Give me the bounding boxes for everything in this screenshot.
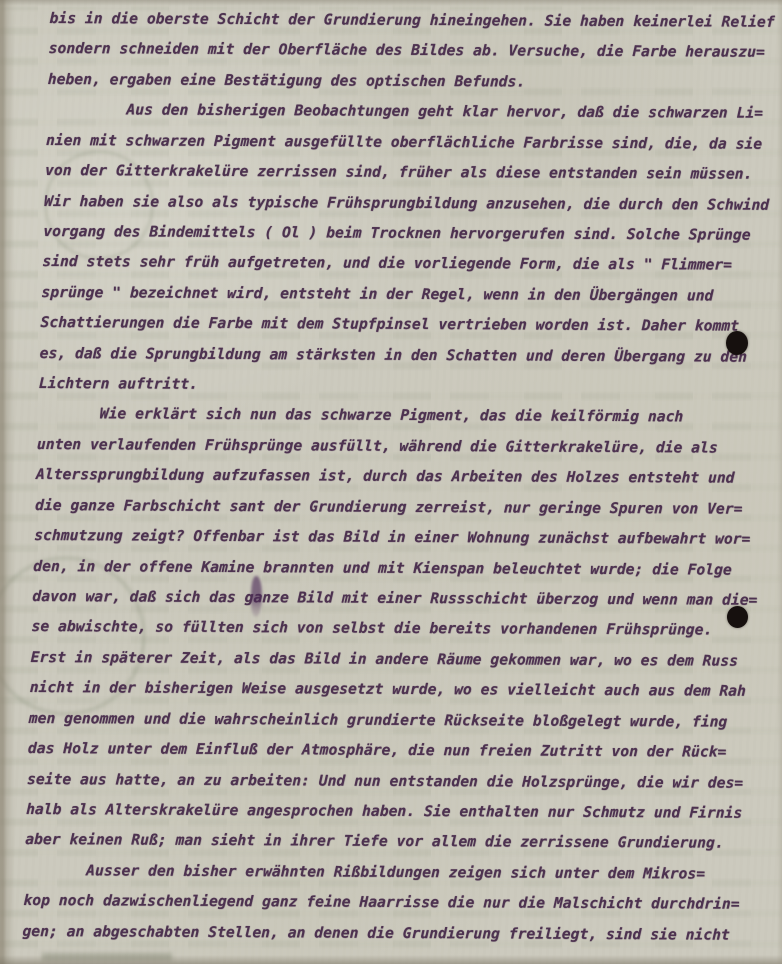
text-line: Wir haben sie also als typische Frühspru… [44, 187, 782, 221]
text-line: schmutzung zeigt? Offenbar ist das Bild … [34, 521, 782, 555]
text-line: sondern schneiden mit der Oberfläche des… [48, 34, 782, 68]
typewritten-text-block: bis in die oberste Schicht der Grundieru… [22, 4, 782, 951]
text-line: davon war, daß sich das ganze Bild mit e… [32, 582, 782, 616]
text-line: nicht in der bisherigen Weise ausgesetzt… [29, 673, 782, 707]
text-line: bis in die oberste Schicht der Grundieru… [49, 4, 782, 38]
text-line: seite aus hatte, an zu arbeiten: Und nun… [27, 765, 782, 799]
text-line: Erst in späterer Zeit, als das Bild in a… [30, 643, 782, 677]
text-line: gen; an abgeschabten Stellen, an denen d… [22, 917, 782, 951]
text-line: das Holz unter dem Einfluß der Atmosphär… [27, 734, 782, 768]
text-line: men genommen und die wahrscheinlich grun… [28, 704, 782, 738]
text-line: sind stets sehr früh aufgetreten, und di… [42, 247, 782, 281]
text-line: die ganze Farbschicht sant der Grundieru… [35, 491, 782, 525]
text-line: von der Gitterkrakelüre zerrissen sind, … [45, 156, 782, 190]
text-line: heben, ergaben eine Bestätigung des opti… [47, 65, 782, 99]
text-line: Wie erklärt sich nun das schwarze Pigmen… [37, 399, 782, 433]
text-line: sprünge " bezeichnet wird, entsteht in d… [41, 278, 782, 312]
punch-hole-bottom [727, 606, 748, 628]
text-line: kop noch dazwischenliegend ganz feine Ha… [23, 886, 782, 920]
text-line: vorgang des Bindemittels ( Ol ) beim Tro… [43, 217, 782, 251]
text-line: halb als Alterskrakelüre angesprochen ha… [26, 795, 782, 829]
text-line: se abwischte, so füllten sich von selbst… [31, 612, 782, 646]
text-line: nien mit schwarzen Pigment ausgefüllte o… [45, 126, 782, 160]
text-line: es, daß die Sprungbildung am stärksten i… [39, 339, 782, 373]
text-line: Ausser den bisher erwähnten Rißbildungen… [24, 856, 782, 890]
bottom-edge-bleed-mark [42, 953, 172, 961]
text-line: Schattierungen die Farbe mit dem Stupfpi… [40, 308, 782, 342]
text-line: aber keinen Ruß; man sieht in ihrer Tief… [25, 825, 782, 859]
text-line: unten verlaufenden Frühsprünge ausfüllt,… [36, 430, 782, 464]
punch-hole-top [726, 331, 748, 355]
text-line: Aus den bisherigen Beobachtungen geht kl… [46, 95, 782, 129]
text-line: den, in der offene Kamine brannten und m… [33, 552, 782, 586]
manuscript-page: bis in die oberste Schicht der Grundieru… [0, 0, 782, 964]
text-line: Alterssprungbildung aufzufassen ist, dur… [36, 460, 782, 494]
text-line: Lichtern auftritt. [38, 369, 782, 403]
